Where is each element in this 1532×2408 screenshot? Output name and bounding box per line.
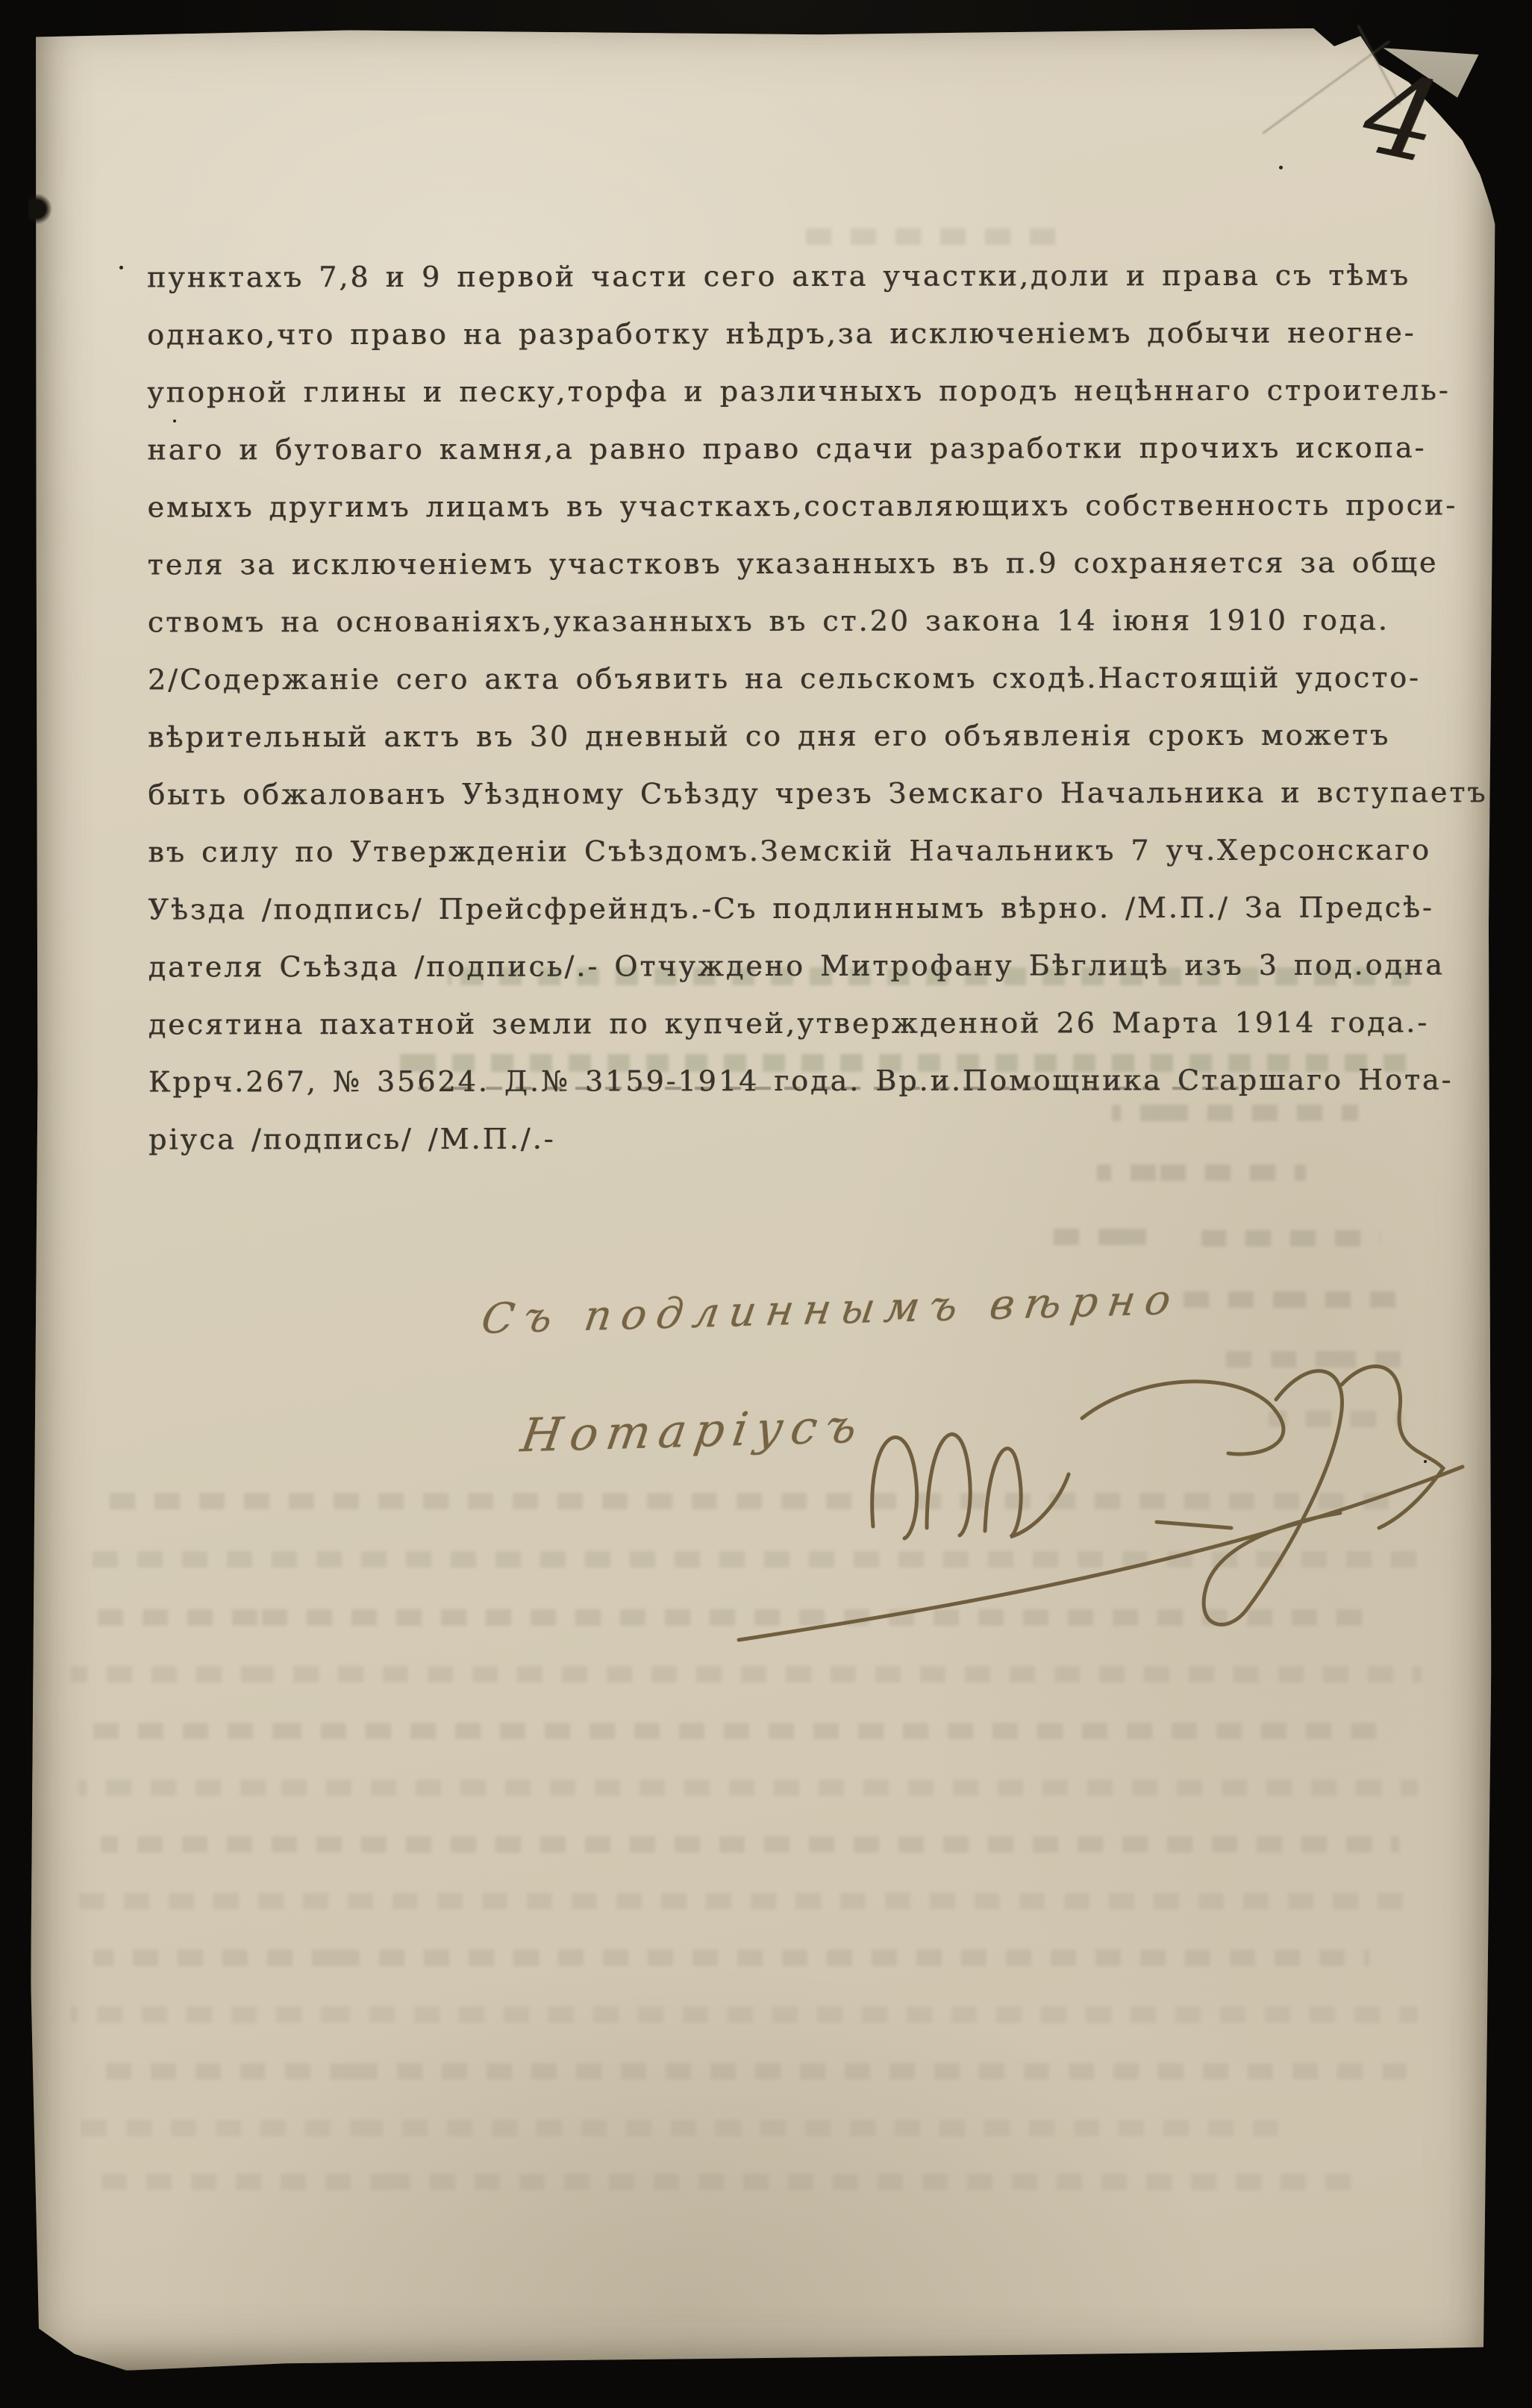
typed-line: ствомъ на основаніяхъ,указанныхъ въ ст.2… [148,591,1431,651]
notary-signature-flourish [694,1340,1485,1653]
bleedthrough-line [1045,1229,1157,1245]
bleedthrough-line [71,2006,1418,2023]
ink-speck [119,266,123,269]
bleedthrough-line [75,1893,1418,1909]
typed-line: Уѣзда /подпись/ Прейсфрейндъ.-Съ подлинн… [148,879,1431,938]
bleedthrough-line [86,2063,1407,2080]
typed-line: однако,что право на разработку нѣдръ,за … [147,304,1431,364]
typed-line: емыхъ другимъ лицамъ въ участкахъ,состав… [147,476,1431,536]
bleedthrough-line [1201,1230,1381,1247]
bleedthrough-line [86,1723,1388,1739]
typed-line: ріуса /подпись/ /М.П./.- [148,1108,1432,1168]
bleedthrough-line [93,1950,1369,1966]
bleedthrough-line [1097,1164,1306,1181]
typed-line: быть обжалованъ Уѣздному Съѣзду чрезъ Зе… [148,764,1431,823]
typed-line: теля за исключеніемъ участковъ указанных… [148,534,1431,593]
typed-line: упорной глины и песку,торфа и различныхъ… [147,361,1431,421]
bleedthrough-line [78,1780,1418,1796]
bleedthrough-line [71,1666,1422,1682]
ink-speck [1279,166,1283,169]
bleedthrough-line [78,2120,1295,2136]
typed-line: въ силу по Утвержденіи Съѣздомъ.Земскій … [148,821,1431,881]
typed-line: наго и бутоваго камня,а равно право сдач… [147,419,1431,478]
typed-line: вѣрительный актъ въ 30 дневный со дня ег… [148,706,1431,766]
paper-edge-hole [28,194,52,224]
bleedthrough-line [806,228,1060,245]
typed-line: пунктахъ 7,8 и 9 первой части сего акта … [147,246,1431,306]
typed-text-block: пунктахъ 7,8 и 9 первой части сего акта … [147,246,1432,1168]
scanned-document-page: 4 пунктахъ 7,8 и 9 первой части сего акт… [0,0,1532,2408]
bleedthrough-line [93,2174,1362,2190]
typed-line: Кррч.267, № 35624. Д.№ 3159-1914 года. В… [148,1051,1432,1111]
typed-line: дателя Съѣзда /подпись/.- Отчуждено Митр… [148,936,1432,996]
typed-line: 2/Содержаніе сего акта объявить на сельс… [148,649,1431,708]
typed-line: десятина пахатной земли по купчей,утверж… [148,994,1432,1053]
bleedthrough-line [1179,1291,1410,1308]
bleedthrough-line [101,1836,1399,1853]
